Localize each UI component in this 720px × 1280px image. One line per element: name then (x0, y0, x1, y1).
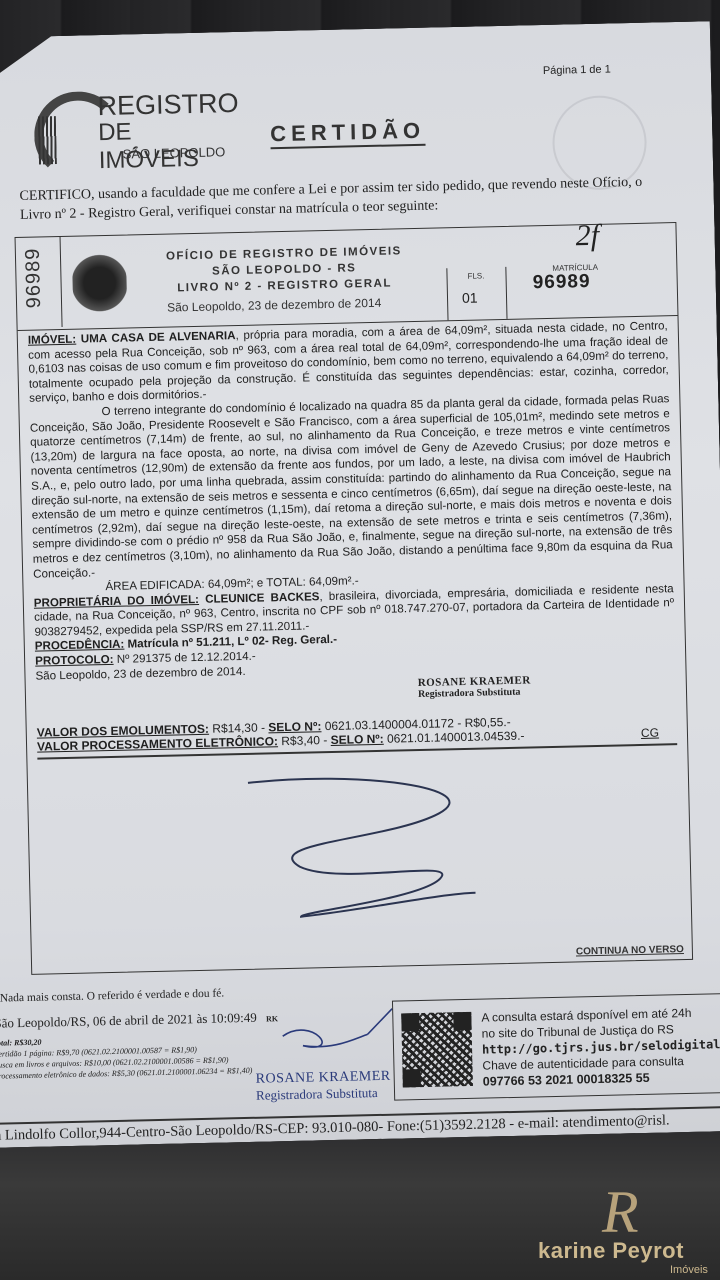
brand-monogram-icon: R (602, 1178, 639, 1247)
issued-datetime: São Leopoldo/RS, 06 de abril de 2021 às … (0, 1010, 257, 1031)
cancel-scribble (238, 767, 501, 923)
imovel-title: UMA CASA DE ALVENARIA (81, 329, 236, 346)
watermark-brand: R karine Peyrot Imóveis (530, 1172, 720, 1280)
fls-label: FLS. (467, 271, 484, 280)
certificate-paper: Página 1 de 1 REGISTRO DE IMÓVEIS SÃO LE… (0, 21, 720, 1148)
fees-block: VALOR DOS EMOLUMENTOS: R$14,30 - SELO Nº… (37, 711, 677, 754)
brand-name: karine Peyrot (538, 1238, 684, 1264)
selo2-value: 0621.01.1400013.04539.- (387, 729, 525, 746)
page-indicator: Página 1 de 1 (543, 63, 611, 77)
signer-role: Registradora Substituta (418, 686, 531, 700)
office-header: OFÍCIO DE REGISTRO DE IMÓVEIS SÃO LEOPOL… (166, 243, 403, 296)
document-title: CERTIDÃO (270, 118, 425, 150)
logo-line3: SÃO LEOPOLDO (123, 144, 226, 161)
matricula-box: 96989 OFÍCIO DE REGISTRO DE IMÓVEIS SÃO … (15, 222, 694, 975)
fls-box: FLS. 01 (446, 267, 507, 320)
issued-line: São Leopoldo/RS, 06 de abril de 2021 às … (0, 1009, 278, 1031)
side-number: 96989 (22, 247, 46, 308)
selo2-label: SELO Nº: (330, 732, 383, 747)
owner-name: CLEUNICE BACKES (205, 590, 320, 606)
header-date: São Leopoldo, 23 de dezembro de 2014 (167, 296, 381, 315)
nada-consta: Nada mais consta. O referido é verdade e… (0, 987, 224, 1004)
divider (60, 237, 63, 327)
signature-block-1: ROSANE KRAEMER Registradora Substituta (418, 674, 532, 700)
qr-code-icon[interactable] (401, 1012, 473, 1088)
brand-subtitle: Imóveis (670, 1264, 708, 1276)
totals-list: Total: R$30,20 Certidão 1 página: R$9,70… (0, 1032, 252, 1082)
protocolo-value: Nº 291375 de 12.12.2014.- (117, 650, 256, 666)
clerk-initials: CG (641, 726, 659, 740)
terreno-description: O terreno integrante do condomínio é loc… (29, 392, 673, 582)
imovel-label: IMÓVEL: (28, 333, 77, 347)
logo-bars-icon (38, 116, 57, 164)
continua-no-verso: CONTINUA NO VERSO (576, 944, 684, 957)
authentication-text: A consulta estará dsponível em até 24h n… (481, 1003, 720, 1090)
processamento-value: R$3,40 - (281, 733, 327, 748)
coat-of-arms-icon (72, 254, 127, 313)
matricula-body: IMÓVEL: UMA CASA DE ALVENARIA, própria p… (28, 319, 676, 684)
authentication-panel: A consulta estará dsponível em até 24h n… (392, 993, 720, 1101)
emolumentos-value: R$14,30 - (212, 720, 265, 735)
fls-value: 01 (462, 290, 478, 306)
initials-signature: 2f (575, 219, 599, 254)
signature-scrawl (272, 1003, 403, 1066)
signer-role: Registradora Substituta (256, 1085, 391, 1104)
certifico-text: CERTIFICO, usando a faculdade que me con… (19, 172, 670, 225)
registry-logo: REGISTRO DE IMÓVEIS SÃO LEOPOLDO (29, 82, 231, 177)
protocolo-label: PROTOCOLO: (35, 653, 114, 668)
procedencia-label: PROCEDÊNCIA: (35, 638, 125, 653)
matricula-value: 96989 (532, 271, 590, 294)
selo1-label: SELO Nº: (268, 719, 321, 734)
signature-block-2: ROSANE KRAEMER Registradora Substituta (256, 1069, 392, 1104)
